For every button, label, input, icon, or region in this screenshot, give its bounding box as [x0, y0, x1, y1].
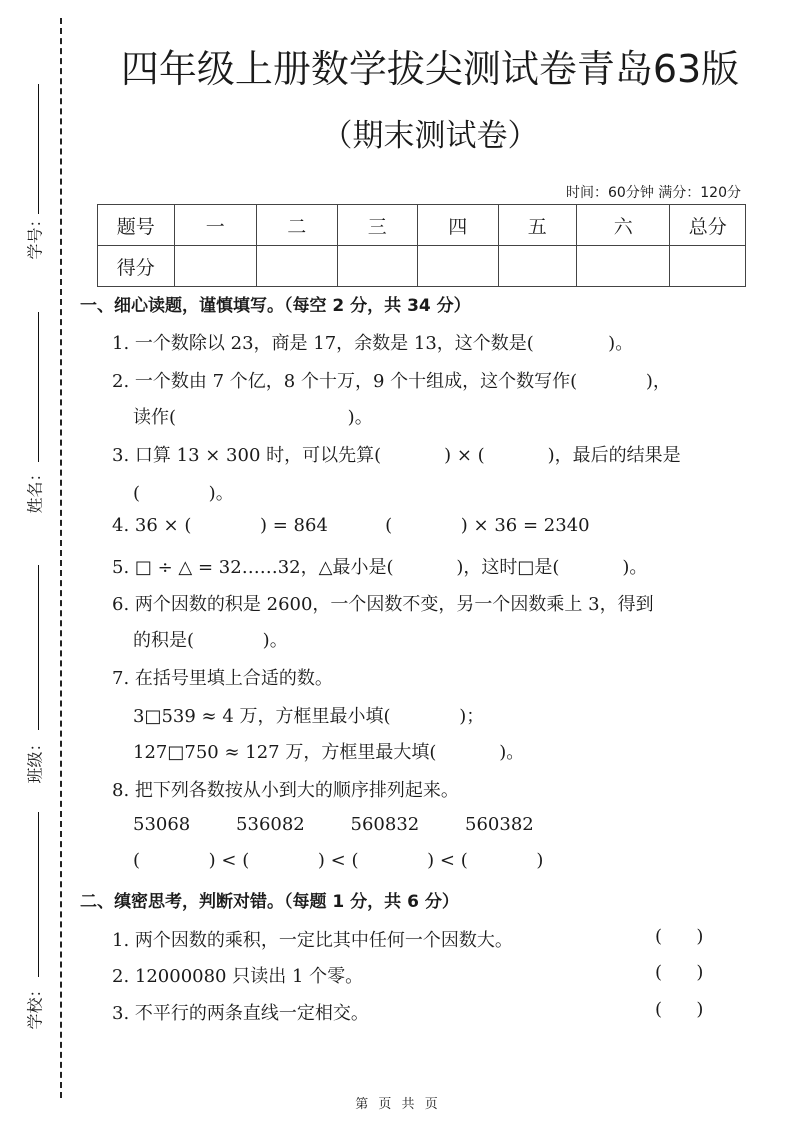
page-footer: 第 页 共 页 — [0, 1093, 793, 1112]
question-line: 读作( )。 — [133, 403, 373, 429]
question-line: 2. 一个数由 7 个亿，8 个十万，9 个十组成，这个数写作( )， — [112, 367, 671, 393]
question-line: 7. 在括号里填上合适的数。 — [112, 664, 333, 690]
student-id-label: 学号： — [23, 220, 46, 260]
table-cell: 五 — [498, 205, 577, 246]
score-table-header-row: 题号 一 二 三 四 五 六 总分 — [98, 205, 746, 246]
table-cell: 一 — [174, 205, 256, 246]
question-line: 3□539 ≈ 4 万，方框里最小填( )； — [133, 702, 484, 728]
table-cell: 六 — [577, 205, 670, 246]
name-line — [38, 312, 39, 462]
score-input-cell[interactable] — [418, 246, 499, 287]
question-line: 的积是( )。 — [133, 626, 288, 652]
question-line: 4. 36 × ( ) = 864 ( ) × 36 = 2340 — [112, 515, 590, 536]
table-cell: 四 — [418, 205, 499, 246]
score-input-cell[interactable] — [577, 246, 670, 287]
class-line — [38, 565, 39, 730]
score-table: 题号 一 二 三 四 五 六 总分 得分 — [97, 204, 746, 287]
question-line: 53068 536082 560832 560382 — [133, 814, 534, 835]
score-input-cell[interactable] — [174, 246, 256, 287]
page-title: 四年级上册数学拔尖测试卷青岛63版 — [80, 38, 780, 93]
question-line: 5. □ ÷ △ = 32……32，△最小是( )，这时□是( )。 — [112, 553, 647, 579]
table-cell: 二 — [257, 205, 338, 246]
school-line — [38, 812, 39, 977]
student-id-line — [38, 84, 39, 214]
binding-dashed-line — [60, 18, 62, 1098]
exam-meta: 时间：60分钟 满分：120分 — [566, 182, 741, 202]
judgement-question: 1. 两个因数的乘积，一定比其中任何一个因数大。 — [112, 926, 513, 952]
judgement-question: 2. 12000080 只读出 1 个零。 — [112, 962, 363, 988]
question-line: 127□750 ≈ 127 万，方框里最大填( )。 — [133, 738, 524, 764]
score-input-cell[interactable] — [337, 246, 418, 287]
question-line: ( ) < ( ) < ( ) < ( ) — [133, 850, 543, 871]
question-line: 8. 把下列各数按从小到大的顺序排列起来。 — [112, 776, 459, 802]
table-cell: 题号 — [98, 205, 175, 246]
table-cell: 总分 — [670, 205, 746, 246]
score-input-cell[interactable] — [498, 246, 577, 287]
section-2-heading: 二、缜密思考，判断对错。（每题 1 分，共 6 分） — [80, 887, 459, 912]
name-label: 姓名： — [23, 474, 46, 514]
page-subtitle: （期末测试卷） — [80, 110, 780, 155]
class-label: 班级： — [23, 744, 46, 784]
question-line: ( )。 — [133, 479, 234, 505]
judgement-question: 3. 不平行的两条直线一定相交。 — [112, 999, 369, 1025]
question-line: 3. 口算 13 × 300 时，可以先算( ) × ( )，最后的结果是 — [112, 441, 681, 467]
score-input-cell[interactable] — [257, 246, 338, 287]
judgement-answer-blank[interactable]: ( ) — [655, 962, 703, 983]
school-label: 学校： — [23, 990, 46, 1030]
score-table-score-row: 得分 — [98, 246, 746, 287]
judgement-answer-blank[interactable]: ( ) — [655, 999, 703, 1020]
score-input-cell[interactable] — [670, 246, 746, 287]
table-cell: 三 — [337, 205, 418, 246]
section-1-heading: 一、细心读题，谨慎填写。（每空 2 分，共 34 分） — [80, 291, 471, 316]
table-cell: 得分 — [98, 246, 175, 287]
question-line: 1. 一个数除以 23，商是 17，余数是 13，这个数是( )。 — [112, 329, 633, 355]
judgement-answer-blank[interactable]: ( ) — [655, 926, 703, 947]
question-line: 6. 两个因数的积是 2600，一个因数不变，另一个因数乘上 3，得到 — [112, 590, 654, 616]
